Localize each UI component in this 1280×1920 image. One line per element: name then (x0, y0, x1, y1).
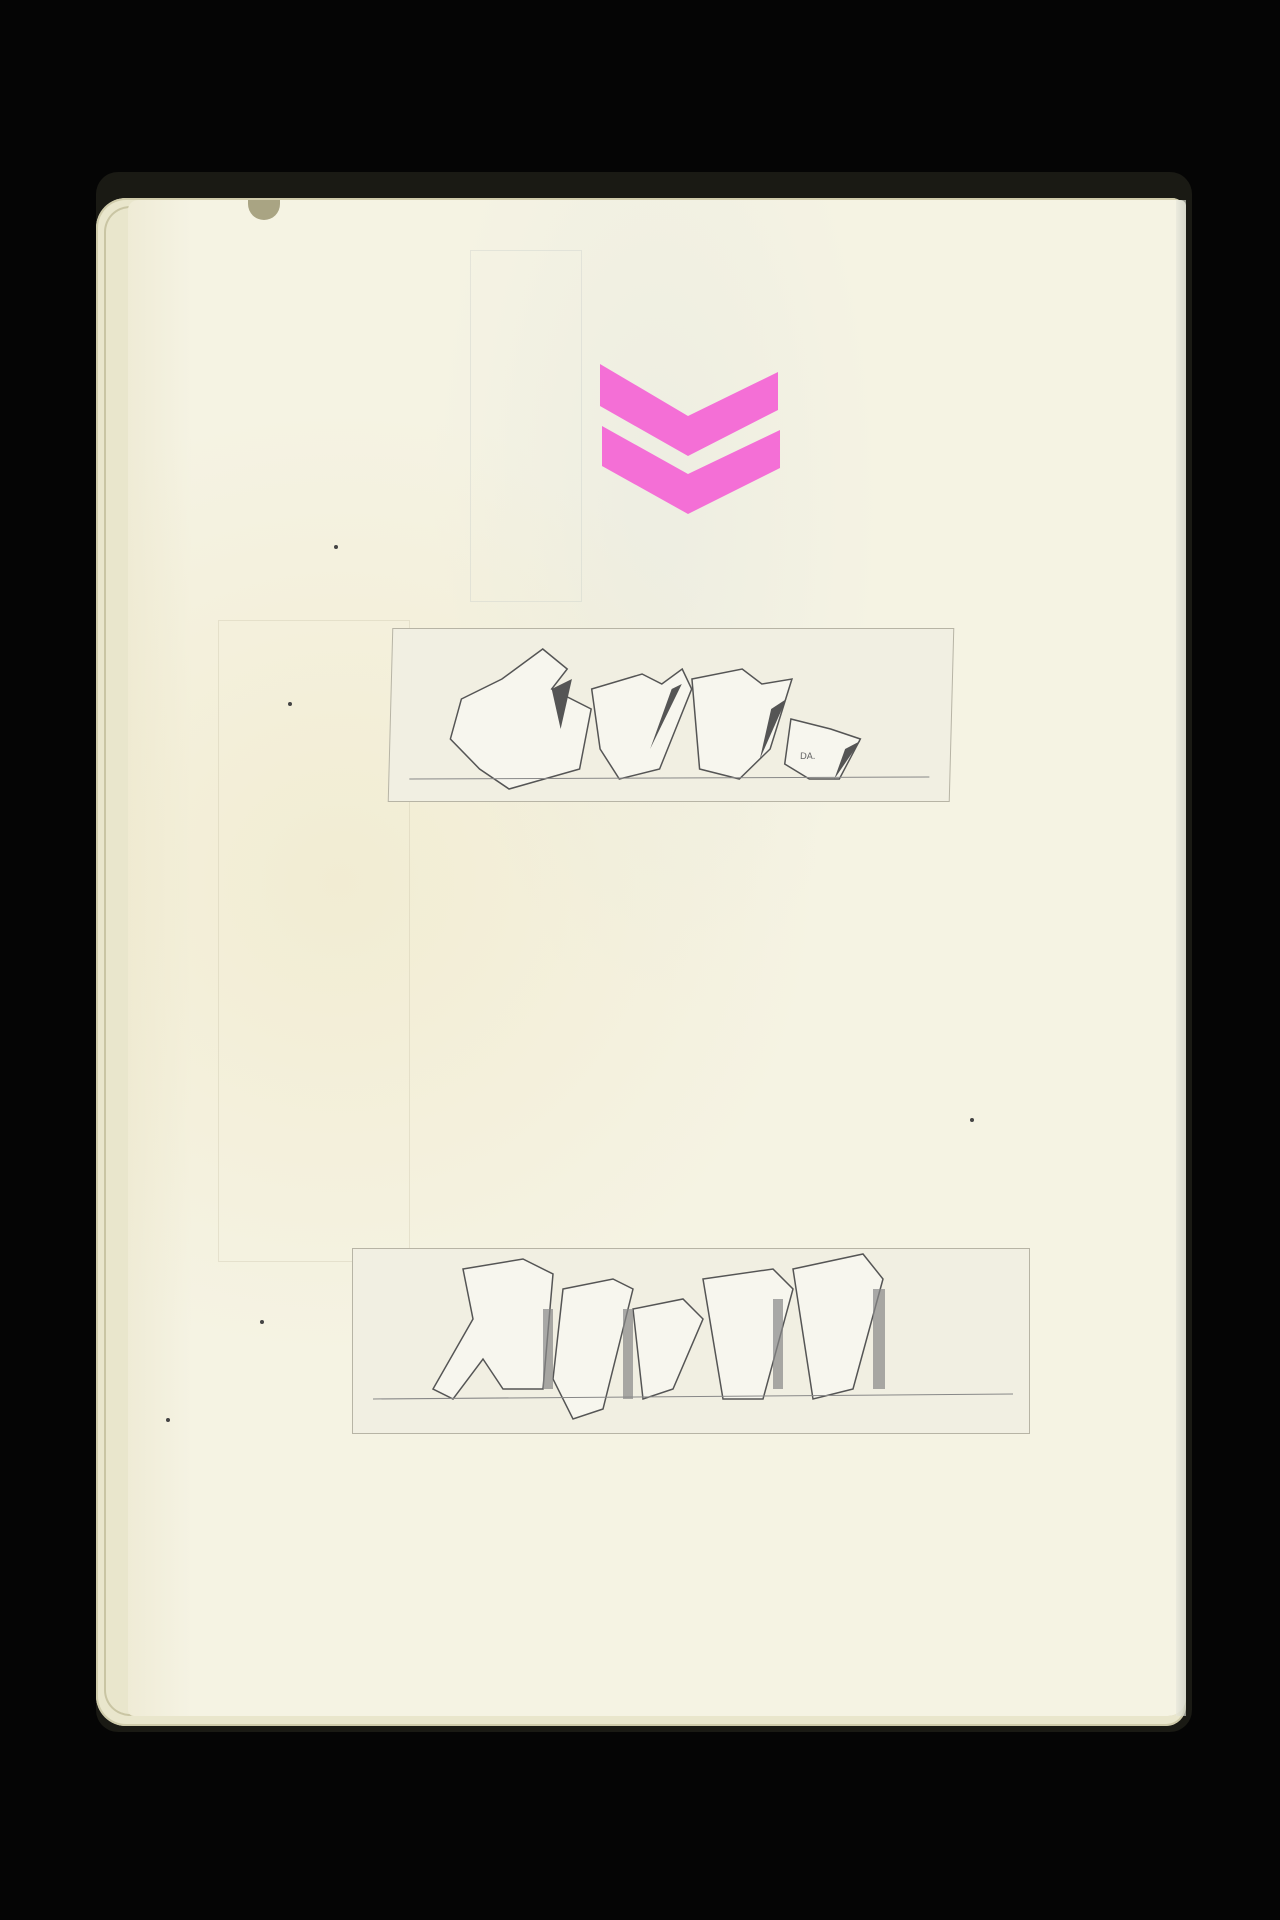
pencil-dot (288, 702, 292, 706)
pencil-dot (166, 1418, 170, 1422)
faint-show-through (470, 250, 582, 602)
pencil-dot (334, 545, 338, 549)
graffiti-sketch-top: DA. (388, 628, 955, 802)
pencil-dot (260, 1320, 264, 1324)
faint-paper-mark (218, 620, 410, 1262)
graffiti-sketch-bottom (352, 1248, 1030, 1434)
svg-text:DA.: DA. (800, 752, 816, 762)
page-edge (1176, 200, 1186, 1716)
pencil-dot (970, 1118, 974, 1122)
double-chevron-down-icon (598, 364, 782, 514)
